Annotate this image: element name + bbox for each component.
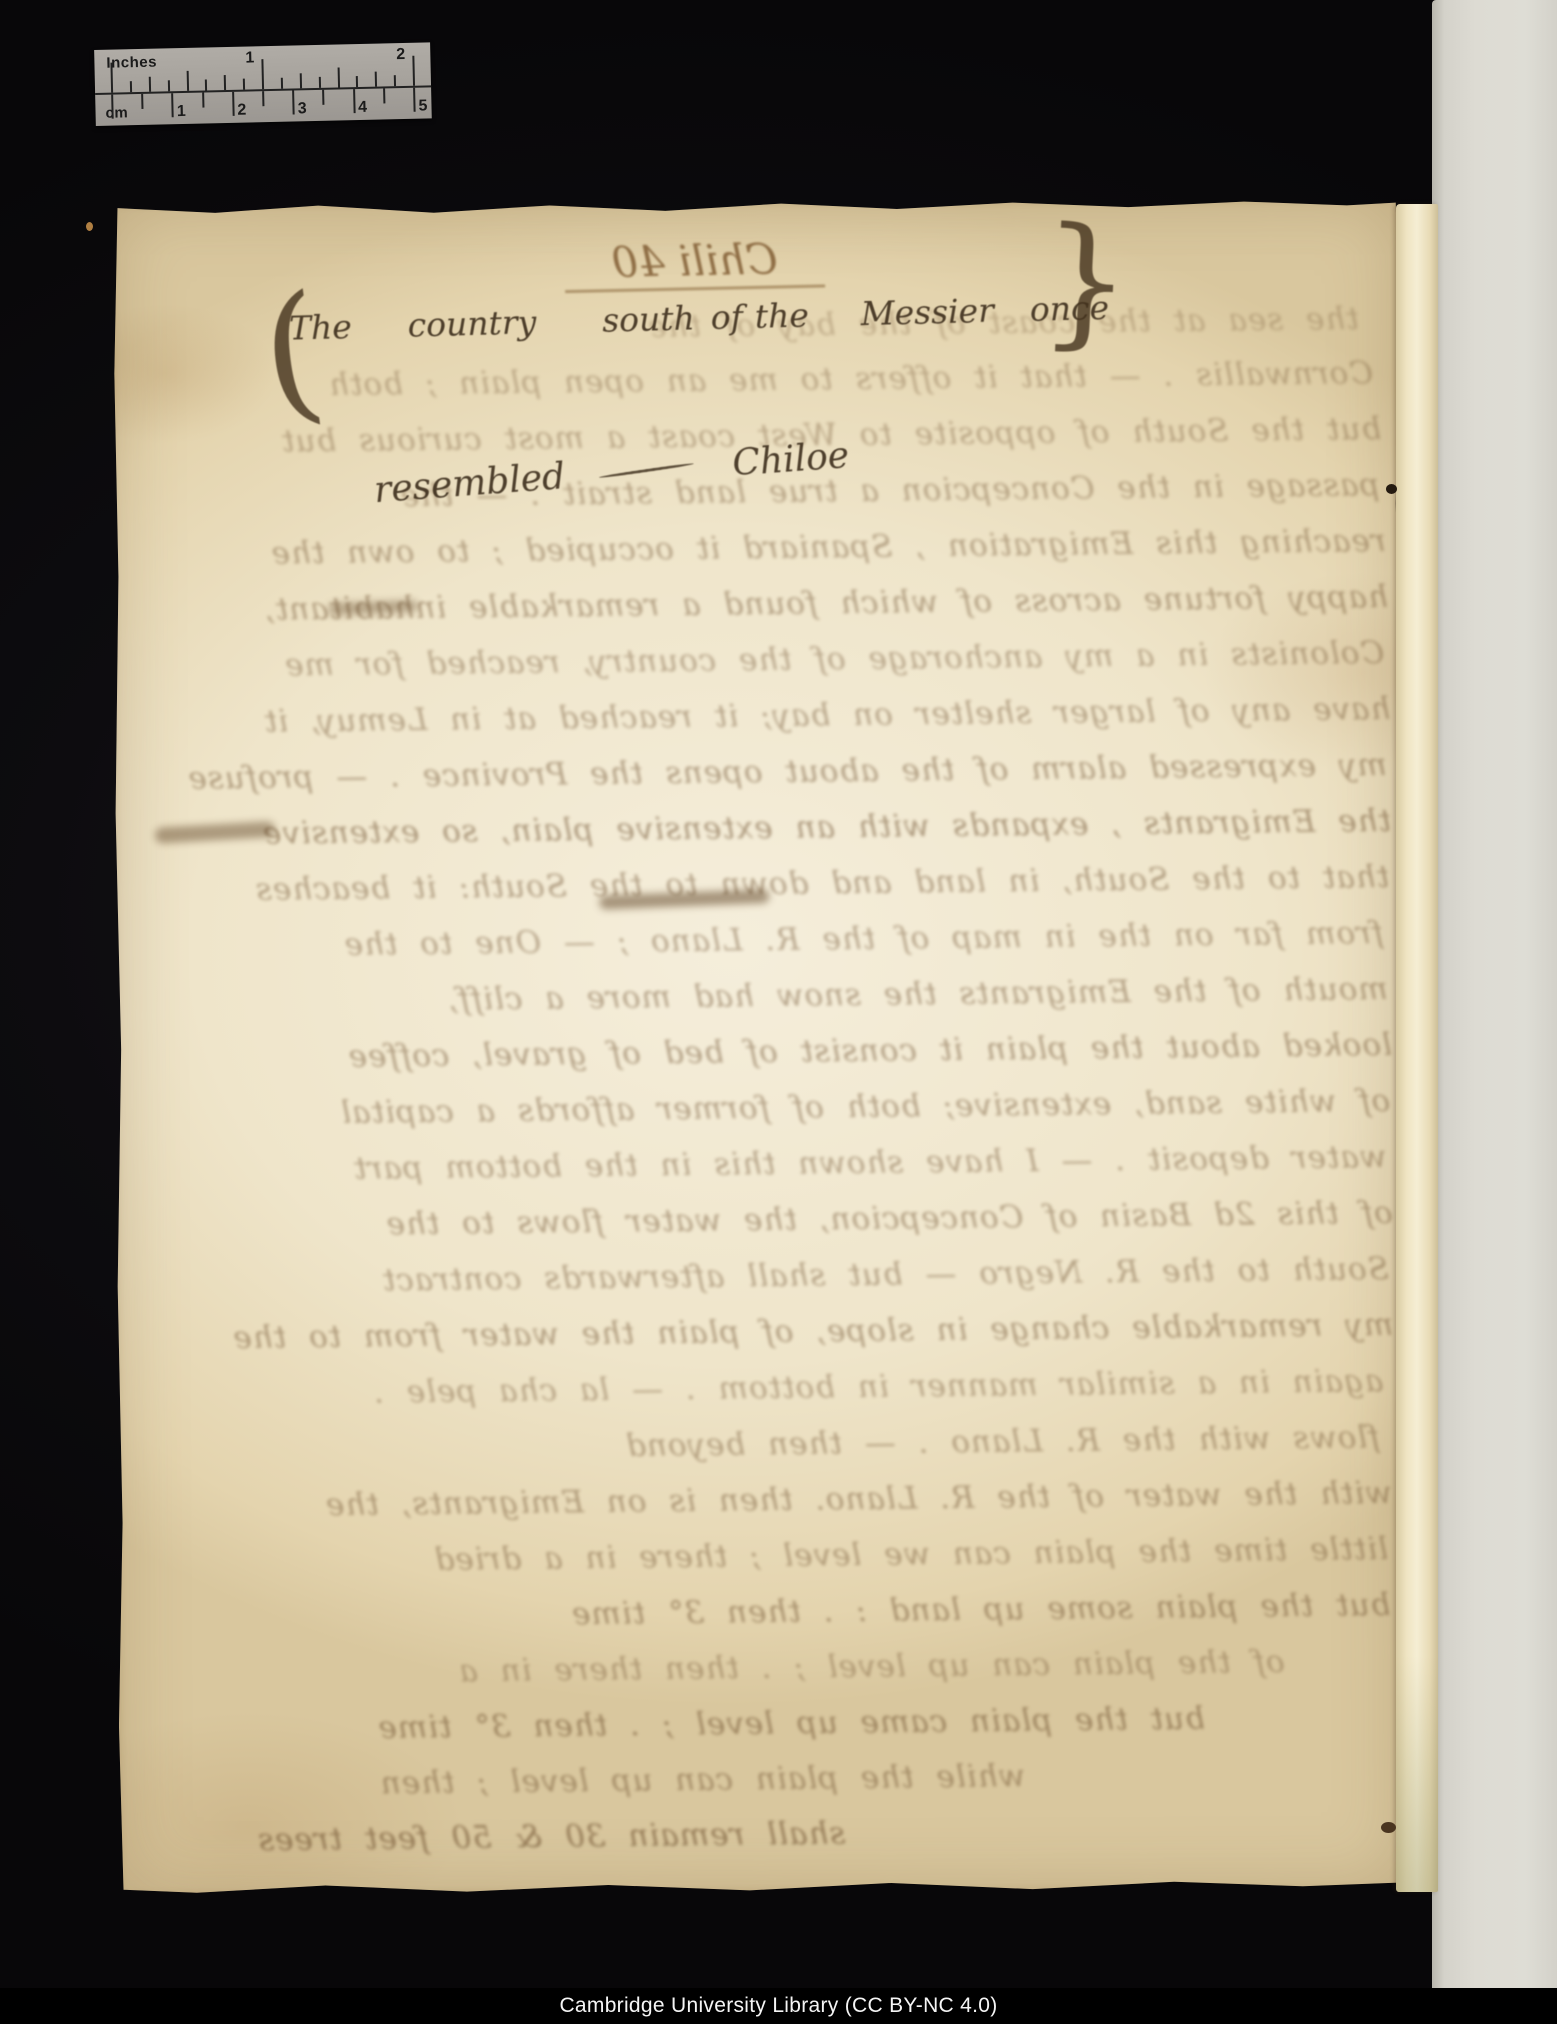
annotation-word: the (754, 295, 809, 335)
bleedthrough-line: the Emigrants , expands with an extensiv… (145, 803, 1391, 861)
bleedthrough-line: from far on the in map of the R. Llano ;… (171, 915, 1383, 973)
ruler-tick (130, 81, 132, 92)
ruler-tick (413, 88, 416, 112)
ruler-tick (322, 90, 324, 105)
ruler-tick (281, 78, 283, 89)
ruler-tick (205, 79, 207, 90)
annotation-closing-brace: } (1037, 208, 1134, 354)
mirrored-bleedthrough-text: the sea at the coast of the bay of theCo… (112, 199, 1398, 205)
speck (1386, 484, 1397, 494)
ruler-inch-numbers: 12 (94, 42, 430, 50)
ruler-tick (167, 80, 169, 91)
ruler-tick (318, 77, 320, 88)
ruler-inches-label: Inches (106, 54, 157, 72)
bleedthrough-line: looked about the plain it consist of bed… (142, 1027, 1392, 1085)
ruler-cm-number: 5 (418, 97, 427, 115)
bleedthrough-line: but the plain came up level ; . then 3° … (209, 1701, 1205, 1756)
annotation-word: of (710, 297, 743, 337)
bleedthrough-line: reaching this Emigration , Spaniard it o… (142, 523, 1386, 581)
bleedthrough-line: Colonists in a my anchorage of the count… (138, 635, 1384, 693)
ruler-tick (292, 90, 295, 114)
bleedthrough-line: of the plain can up level ; . then there… (189, 1644, 1285, 1700)
bleedthrough-line: with the water of the R. Llano. then is … (178, 1475, 1392, 1533)
bleedthrough-line: Cornwallis . — that it offers to me an o… (173, 355, 1373, 413)
annotation-word: Chiloe (731, 435, 850, 485)
manuscript-page: the sea at the coast of the bay of theCo… (112, 199, 1405, 1895)
bleedthrough-line: of white sand, extensive; both of former… (150, 1083, 1390, 1141)
ruler-tick (262, 91, 264, 106)
bleedthrough-line: mouth of the Emigrants the snow had more… (160, 971, 1388, 1029)
ruler-tick (172, 93, 175, 117)
bleedthrough-line: my remarkable change in slope, of plain … (141, 1307, 1393, 1365)
annotation-word: country (407, 302, 536, 344)
annotation-word: The (288, 307, 352, 348)
ruler-cm-ticks (94, 42, 430, 50)
speck (1381, 1822, 1396, 1833)
annotation-word: Messier (860, 291, 994, 333)
page-heading-chili-40: Chili 40 (564, 233, 825, 293)
bleedthrough-line: again in a similar manner in bottom . — … (173, 1363, 1383, 1421)
ruler-tick (383, 88, 385, 103)
annotation-flourish-dash (599, 462, 694, 479)
ruler-tick (141, 94, 143, 109)
ruler-cm-number: 2 (237, 102, 246, 120)
ruler-cm-number: 1 (177, 103, 186, 121)
ruler-tick (111, 95, 114, 119)
bleedthrough-line: South to the R. Negro — but shall afterw… (159, 1251, 1389, 1309)
ruler-tick (149, 77, 151, 92)
ruler-cm-number: 3 (298, 100, 307, 118)
bleedthrough-line: shall remain 30 & 50 feet trees : this, … (233, 1815, 845, 1866)
facing-page-edge (1432, 0, 1557, 1990)
bleedthrough-line: little time the plain can we level ; the… (166, 1531, 1388, 1589)
ruler-cm-number: 4 (358, 99, 367, 117)
ruler-inch-ticks (94, 42, 430, 50)
ruler-inch-number: 2 (396, 46, 405, 64)
photograph-of-manuscript: Inches 12 cm 12345 the sea at the coast … (0, 0, 1557, 2024)
bleedthrough-line: water deposit . — I have shown this in t… (164, 1139, 1386, 1197)
ruler-tick (224, 75, 226, 90)
ruler-tick (394, 75, 396, 86)
ruler-tick (412, 56, 415, 86)
caption-text: Cambridge University Library (CC BY-NC 4… (559, 1994, 997, 2018)
ruler-tick (353, 89, 356, 113)
bleedthrough-line: have any of larger shelter on bay; it re… (150, 691, 1390, 749)
bleedthrough-line: but the plain some up land : . then 3° t… (154, 1587, 1390, 1645)
bleedthrough-line: my expressed alarm of the about opens th… (167, 747, 1387, 805)
ruler-tick (202, 93, 204, 108)
ink-smudges (112, 199, 1398, 205)
bleedthrough-line: flows with the R. Llano . — then beyond (258, 1419, 1380, 1476)
ruler-tick (375, 72, 377, 87)
annotation-word: south (602, 298, 696, 339)
page-fold-edge (1396, 204, 1438, 1892)
ruler-tick (243, 79, 245, 90)
measurement-ruler: Inches 12 cm 12345 (94, 42, 432, 126)
speck (86, 222, 93, 231)
ruler-inch-number: 1 (245, 49, 254, 67)
ruler-tick (186, 71, 188, 91)
ruler-tick (232, 92, 235, 116)
ruler-tick (261, 59, 264, 89)
ruler-tick (299, 73, 301, 88)
ruler-cm-numbers: 12345 (94, 42, 430, 50)
ruler-tick (356, 76, 358, 87)
caption-bar: Cambridge University Library (CC BY-NC 4… (0, 1988, 1557, 2024)
bleedthrough-line: of this 2d Basin of Concepcion, the wate… (147, 1195, 1393, 1253)
ruler-cm-label: cm (105, 104, 128, 122)
bleedthrough-line: while the plain can up level ; then (239, 1758, 1025, 1811)
bleedthrough-line: that to the South, in land and down to t… (153, 859, 1389, 917)
ruler-tick (337, 67, 339, 87)
